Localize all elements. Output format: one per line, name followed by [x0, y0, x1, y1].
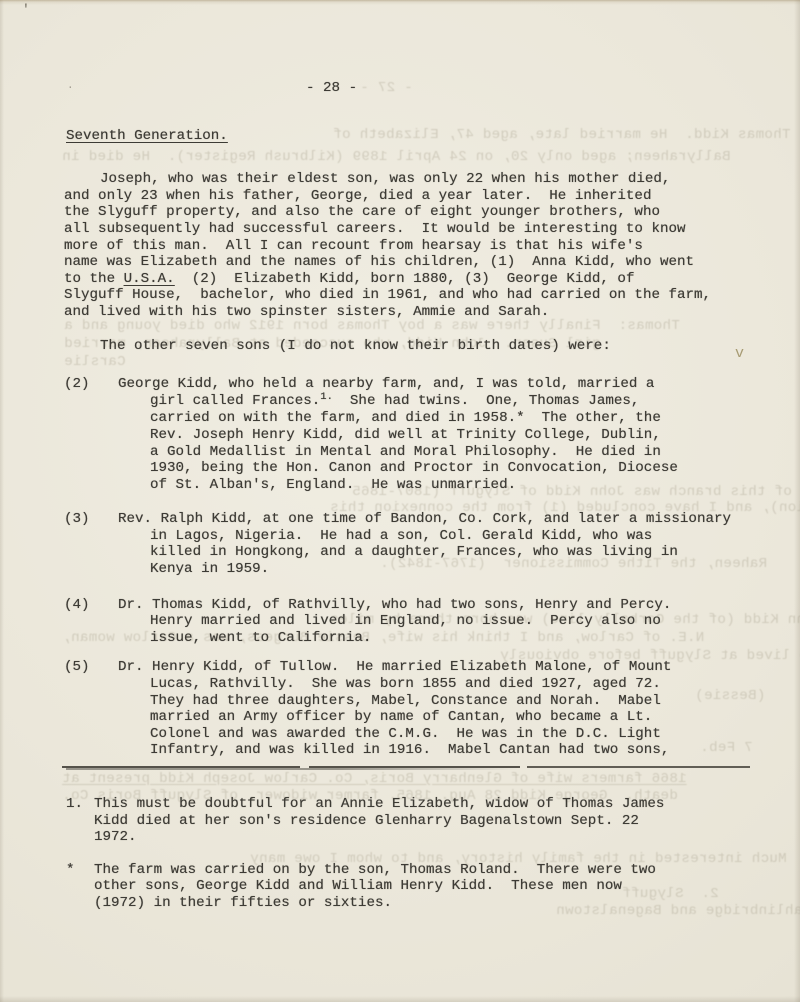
text-line: Joseph, who was their eldest son, was on… [64, 171, 750, 188]
text-line: married an Army officer by name of Canta… [150, 709, 750, 726]
text-segment: to the [64, 271, 124, 287]
footnote-number: 1. [66, 796, 83, 813]
footnote-1: 1. This must be doubtful for an Annie El… [64, 796, 750, 846]
text-line: name was Elizabeth and the names of his … [64, 254, 750, 271]
section-heading: Seventh Generation. [66, 128, 750, 145]
text-line: more of this man. All I can recount from… [64, 238, 750, 255]
text-line: and only 23 when his father, George, die… [64, 188, 750, 205]
text-segment: girl called Frances. [150, 393, 320, 409]
text-line: of St. Alban's, England. He was unmarrie… [150, 477, 750, 494]
footnote-separator [64, 765, 750, 770]
underlined-text: U.S.A. [124, 271, 175, 287]
text-line: killed in Hongkong, and a daughter, Fran… [150, 544, 750, 561]
text-line: Henry married and lived in England, no i… [150, 613, 750, 630]
text-line: 1972. [94, 829, 750, 846]
item-number: (4) [64, 597, 90, 614]
text-line: other sons, George Kidd and William Henr… [94, 878, 750, 895]
text-line: Colonel and was awarded the C.M.G. He wa… [150, 726, 750, 743]
text-line: a Gold Medallist in Mental and Moral Phi… [150, 444, 750, 461]
text-segment: (2) Elizabeth Kidd, born 1880, (3) Georg… [175, 271, 635, 287]
text-line: Dr. Thomas Kidd, of Rathvilly, who had t… [150, 597, 750, 614]
text-line: in Lagos, Nigeria. He had a son, Col. Ge… [150, 528, 750, 545]
list-item-5: (5) Dr. Henry Kidd, of Tullow. He marrie… [64, 659, 750, 759]
text-line: George Kidd, who held a nearby farm, and… [150, 376, 750, 393]
text-segment: She had twins. One, Thomas James, [333, 393, 640, 409]
text-line: Rev. Ralph Kidd, at one time of Bandon, … [150, 511, 750, 528]
text-line: carried on with the farm, and died in 19… [150, 410, 750, 427]
pencil-check-mark: v [735, 346, 744, 363]
scanned-document-page: - 27 - (8) Thomas Kidd. He married late,… [0, 0, 800, 1002]
typed-content: - 28 - Seventh Generation. Joseph, who w… [64, 80, 750, 912]
stray-mark: . [67, 78, 74, 95]
page-number: - 28 - [306, 80, 750, 97]
stray-mark: ' [22, 2, 30, 19]
list-item-2: (2) George Kidd, who held a nearby farm,… [64, 376, 750, 493]
text-line: to the U.S.A. (2) Elizabeth Kidd, born 1… [64, 271, 750, 288]
list-item-4: (4) Dr. Thomas Kidd, of Rathvilly, who h… [64, 597, 750, 647]
list-item-3: (3) Rev. Ralph Kidd, at one time of Band… [64, 511, 750, 577]
footnote-number: * [66, 862, 75, 879]
item-number: (3) [64, 511, 90, 528]
text-line: Dr. Henry Kidd, of Tullow. He married El… [150, 659, 750, 676]
text-line: Slyguff House, bachelor, who died in 196… [64, 287, 750, 304]
text-line: 1930, being the Hon. Canon and Proctor i… [150, 460, 750, 477]
item-number: (2) [64, 376, 90, 393]
item-number: (5) [64, 659, 90, 676]
text-line: Kenya in 1959. [150, 561, 750, 578]
footnote-reference: 1. [320, 391, 333, 403]
text-line: the Slyguff property, and also the care … [64, 204, 750, 221]
text-line: Infantry, and was killed in 1916. Mabel … [150, 742, 750, 759]
text-line: Rev. Joseph Henry Kidd, did well at Trin… [150, 427, 750, 444]
footnote-asterisk: * The farm was carried on by the son, Th… [64, 862, 750, 912]
text-line: They had three daughters, Mabel, Constan… [150, 693, 750, 710]
text-line: The farm was carried on by the son, Thom… [94, 862, 750, 879]
text-line: issue, went to California. [150, 630, 750, 647]
text-line: Lucas, Rathvilly. She was born 1855 and … [150, 676, 750, 693]
text-line: This must be doubtful for an Annie Eliza… [94, 796, 750, 813]
other-sons-line: The other seven sons (I do not know thei… [64, 338, 750, 355]
text-line: (1972) in their fifties or sixties. [94, 895, 750, 912]
intro-paragraph: Joseph, who was their eldest son, was on… [64, 171, 750, 320]
text-line: Kidd died at her son's residence Glenhar… [94, 813, 750, 830]
text-line: all subsequently had successful careers.… [64, 221, 750, 238]
text-line: girl called Frances.1. She had twins. On… [150, 393, 750, 411]
text-line: and lived with his two spinster sisters,… [64, 304, 750, 321]
